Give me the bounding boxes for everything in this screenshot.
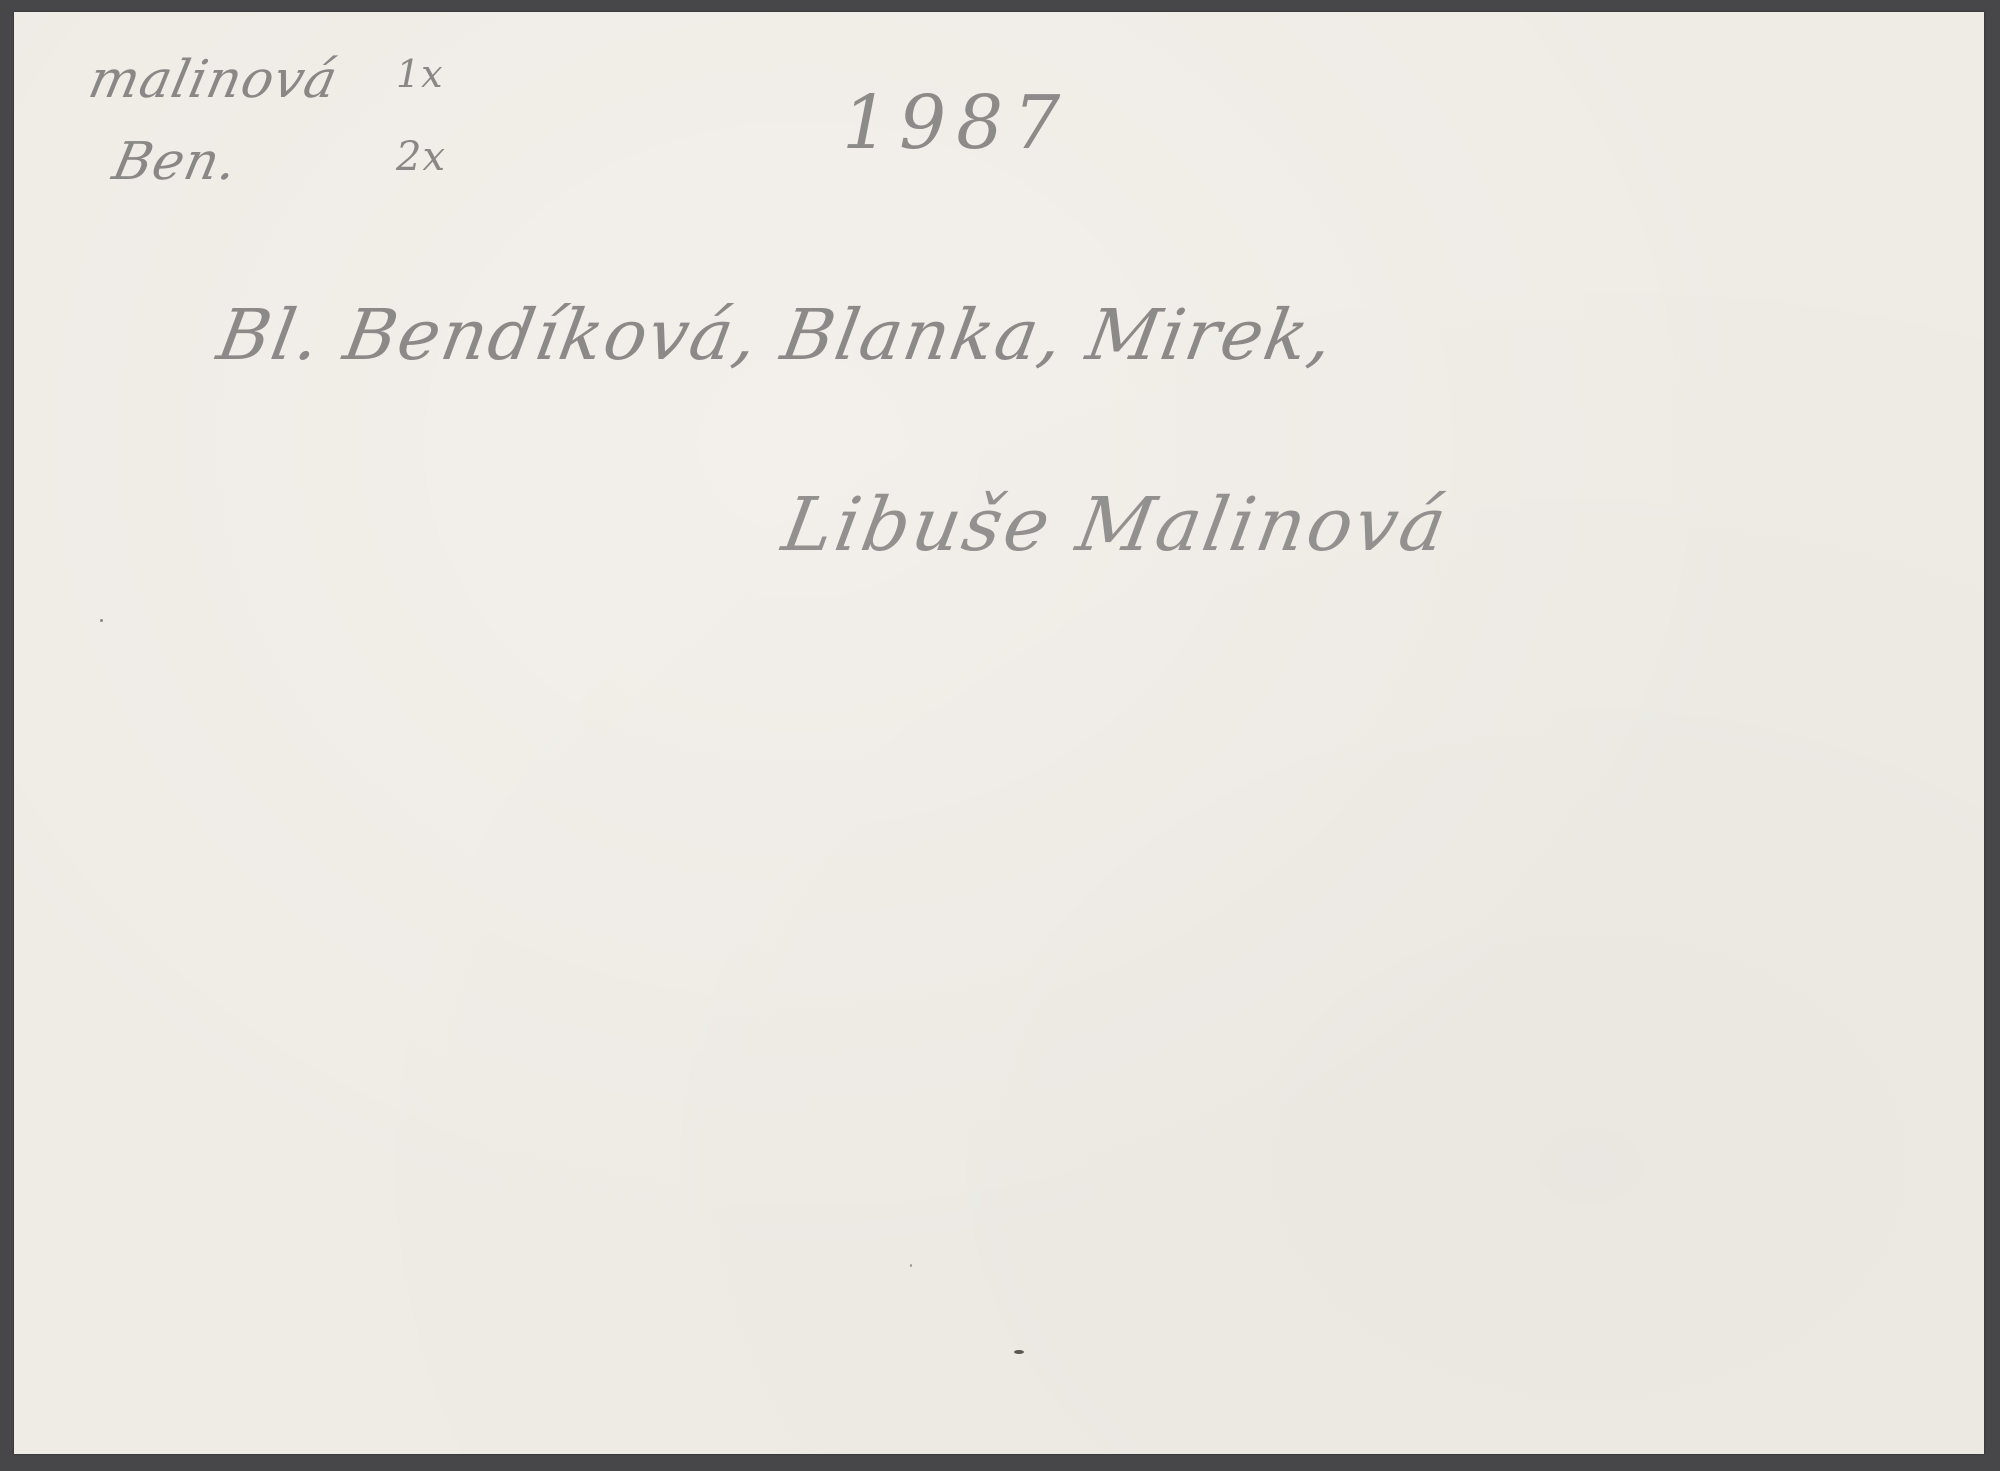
copy-note-name-1: malinová xyxy=(84,50,344,110)
paper-speck xyxy=(910,1264,912,1267)
copy-note-count-1: 1x xyxy=(396,52,444,96)
caption-line-1: Bl. Bendíková, Blanka, Mirek, xyxy=(212,294,1341,376)
paper-speck xyxy=(1014,1350,1024,1354)
year-annotation: 1987 xyxy=(842,80,1070,166)
caption-line-2: Libuše Malinová xyxy=(776,482,1455,568)
copy-note-count-2: 2x xyxy=(396,134,446,180)
paper-speck xyxy=(100,619,103,622)
photo-back-card: malinová 1x Ben. 2x 1987 Bl. Bendíková, … xyxy=(14,12,1984,1454)
copy-note-name-2: Ben. xyxy=(108,132,244,192)
